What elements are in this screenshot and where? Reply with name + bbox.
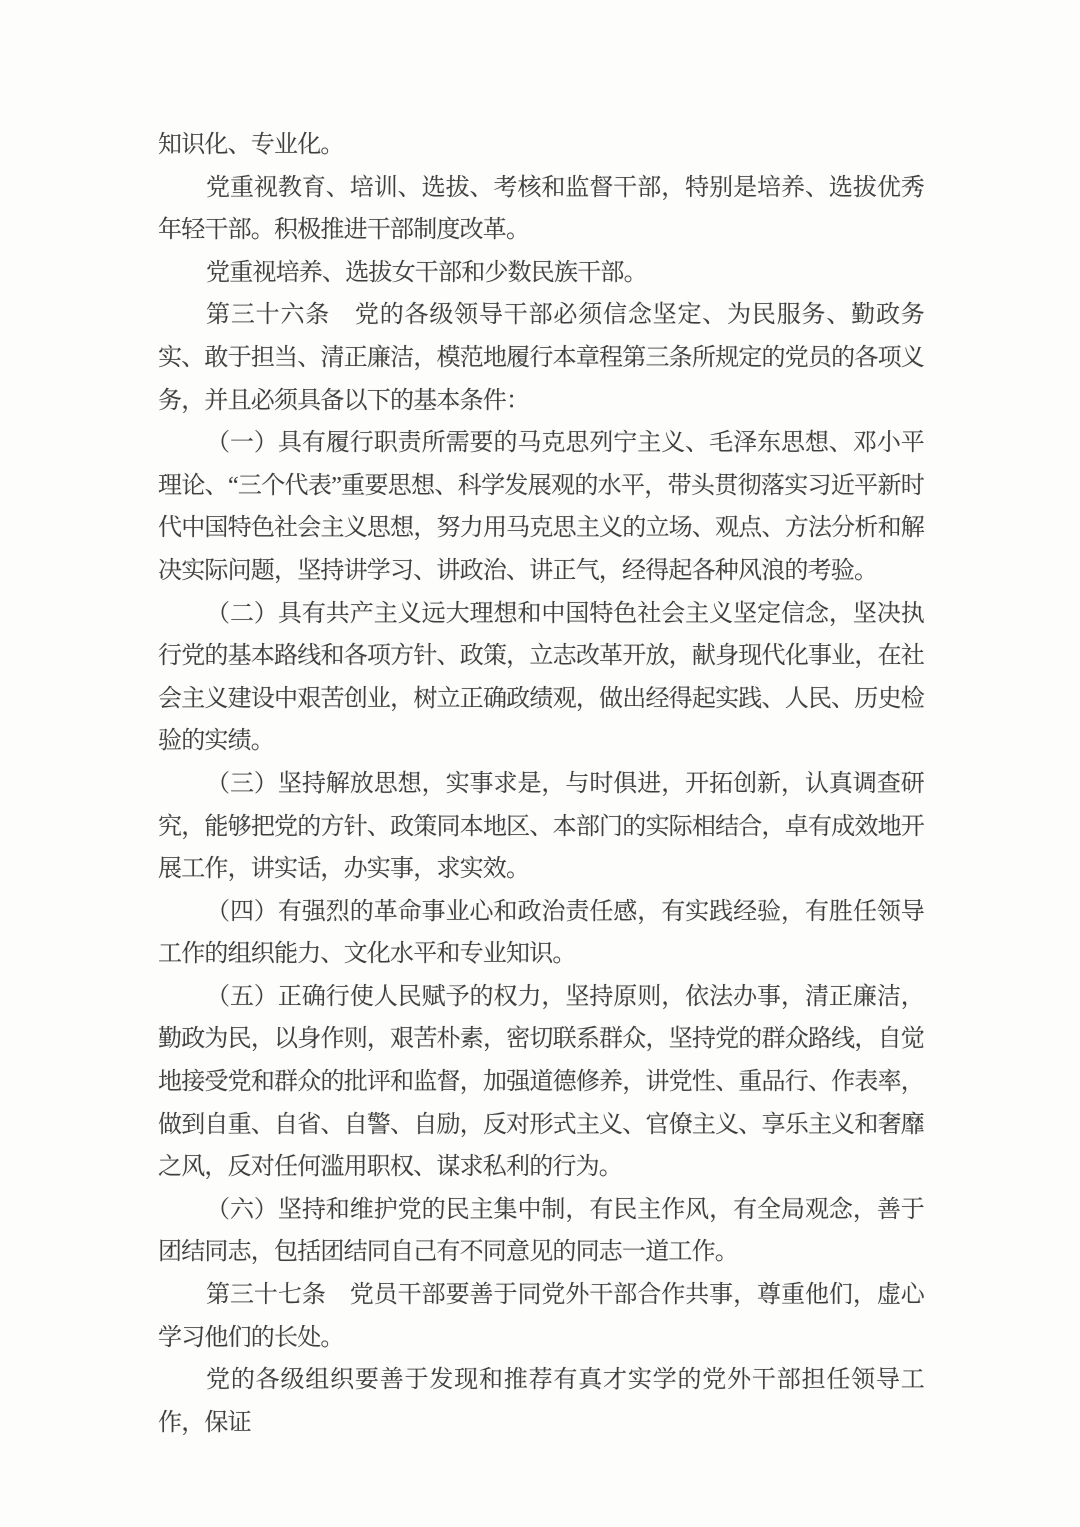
document-page: 知识化、专业化。党重视教育、培训、选拔、考核和监督干部，特别是培养、选拔优秀年轻… bbox=[0, 0, 1080, 1527]
paragraph-article-36-item-6: （六）坚持和维护党的民主集中制，有民主作风，有全局观念，善于团结同志，包括团结同… bbox=[158, 1189, 924, 1274]
paragraph-article-36-item-5: （五）正确行使人民赋予的权力，坚持原则，依法办事，清正廉洁，勤政为民，以身作则，… bbox=[158, 976, 924, 1189]
paragraph-article-36-lead: 第三十六条 党的各级领导干部必须信念坚定、为民服务、勤政务实、敢于担当、清正廉洁… bbox=[158, 294, 924, 422]
paragraph-cadre-training: 党重视教育、培训、选拔、考核和监督干部，特别是培养、选拔优秀年轻干部。积极推进干… bbox=[158, 167, 924, 252]
paragraph-continuation: 知识化、专业化。 bbox=[158, 124, 924, 167]
paragraph-article-36-item-4: （四）有强烈的革命事业心和政治责任感，有实践经验，有胜任领导工作的组织能力、文化… bbox=[158, 891, 924, 976]
paragraph-article-37-lead: 第三十七条 党员干部要善于同党外干部合作共事，尊重他们，虚心学习他们的长处。 bbox=[158, 1274, 924, 1359]
paragraph-article-37-second: 党的各级组织要善于发现和推荐有真才实学的党外干部担任领导工作，保证 bbox=[158, 1359, 924, 1444]
document-body: 知识化、专业化。党重视教育、培训、选拔、考核和监督干部，特别是培养、选拔优秀年轻… bbox=[158, 124, 924, 1444]
paragraph-women-minority-cadres: 党重视培养、选拔女干部和少数民族干部。 bbox=[158, 252, 924, 295]
paragraph-article-36-item-3: （三）坚持解放思想，实事求是，与时俱进，开拓创新，认真调查研究，能够把党的方针、… bbox=[158, 763, 924, 891]
paragraph-article-36-item-1: （一）具有履行职责所需要的马克思列宁主义、毛泽东思想、邓小平理论、“三个代表”重… bbox=[158, 422, 924, 592]
paragraph-article-36-item-2: （二）具有共产主义远大理想和中国特色社会主义坚定信念，坚决执行党的基本路线和各项… bbox=[158, 593, 924, 763]
